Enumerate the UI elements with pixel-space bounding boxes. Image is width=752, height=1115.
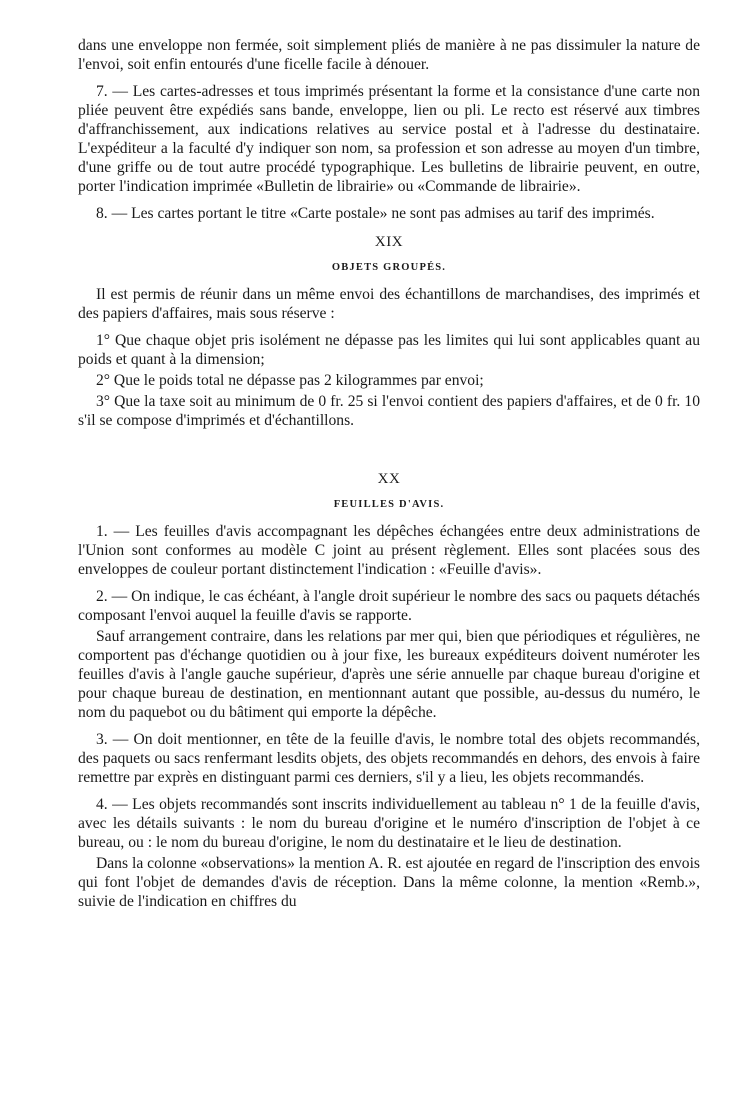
paragraph-3-mentionner: 3. — On doit mentionner, en tête de la f…	[78, 730, 700, 787]
paragraph-condition-1: 1° Que chaque objet pris isolément ne dé…	[78, 331, 700, 369]
paragraph-7-cartes-adresses: 7. — Les cartes-adresses et tous imprimé…	[78, 82, 700, 196]
paragraph-condition-3: 3° Que la taxe soit au minimum de 0 fr. …	[78, 392, 700, 430]
section-spacer	[78, 438, 700, 460]
paragraph-8-carte-postale: 8. — Les cartes portant le titre «Carte …	[78, 204, 700, 223]
paragraph-1-feuilles-davis: 1. — Les feuilles d'avis accompagnant le…	[78, 522, 700, 579]
paragraph-objets-groupes-intro: Il est permis de réunir dans un même env…	[78, 285, 700, 323]
paragraph-4-objets-recommandes: 4. — Les objets recommandés sont inscrit…	[78, 795, 700, 852]
section-number-xix: XIX	[78, 233, 700, 252]
section-title-objets-groupes: Objets groupés.	[78, 258, 700, 277]
document-page: dans une enveloppe non fermée, soit simp…	[78, 36, 700, 919]
section-title-feuilles-davis: Feuilles d'avis.	[78, 495, 700, 514]
paragraph-condition-2: 2° Que le poids total ne dépasse pas 2 k…	[78, 371, 700, 390]
section-number-xx: XX	[78, 470, 700, 489]
paragraph-2-sauf-arrangement: Sauf arrangement contraire, dans les rel…	[78, 627, 700, 722]
paragraph-4-observations: Dans la colonne «observations» la mentio…	[78, 854, 700, 911]
paragraph-2-angle-droit: 2. — On indique, le cas échéant, à l'ang…	[78, 587, 700, 625]
paragraph-continuation: dans une enveloppe non fermée, soit simp…	[78, 36, 700, 74]
